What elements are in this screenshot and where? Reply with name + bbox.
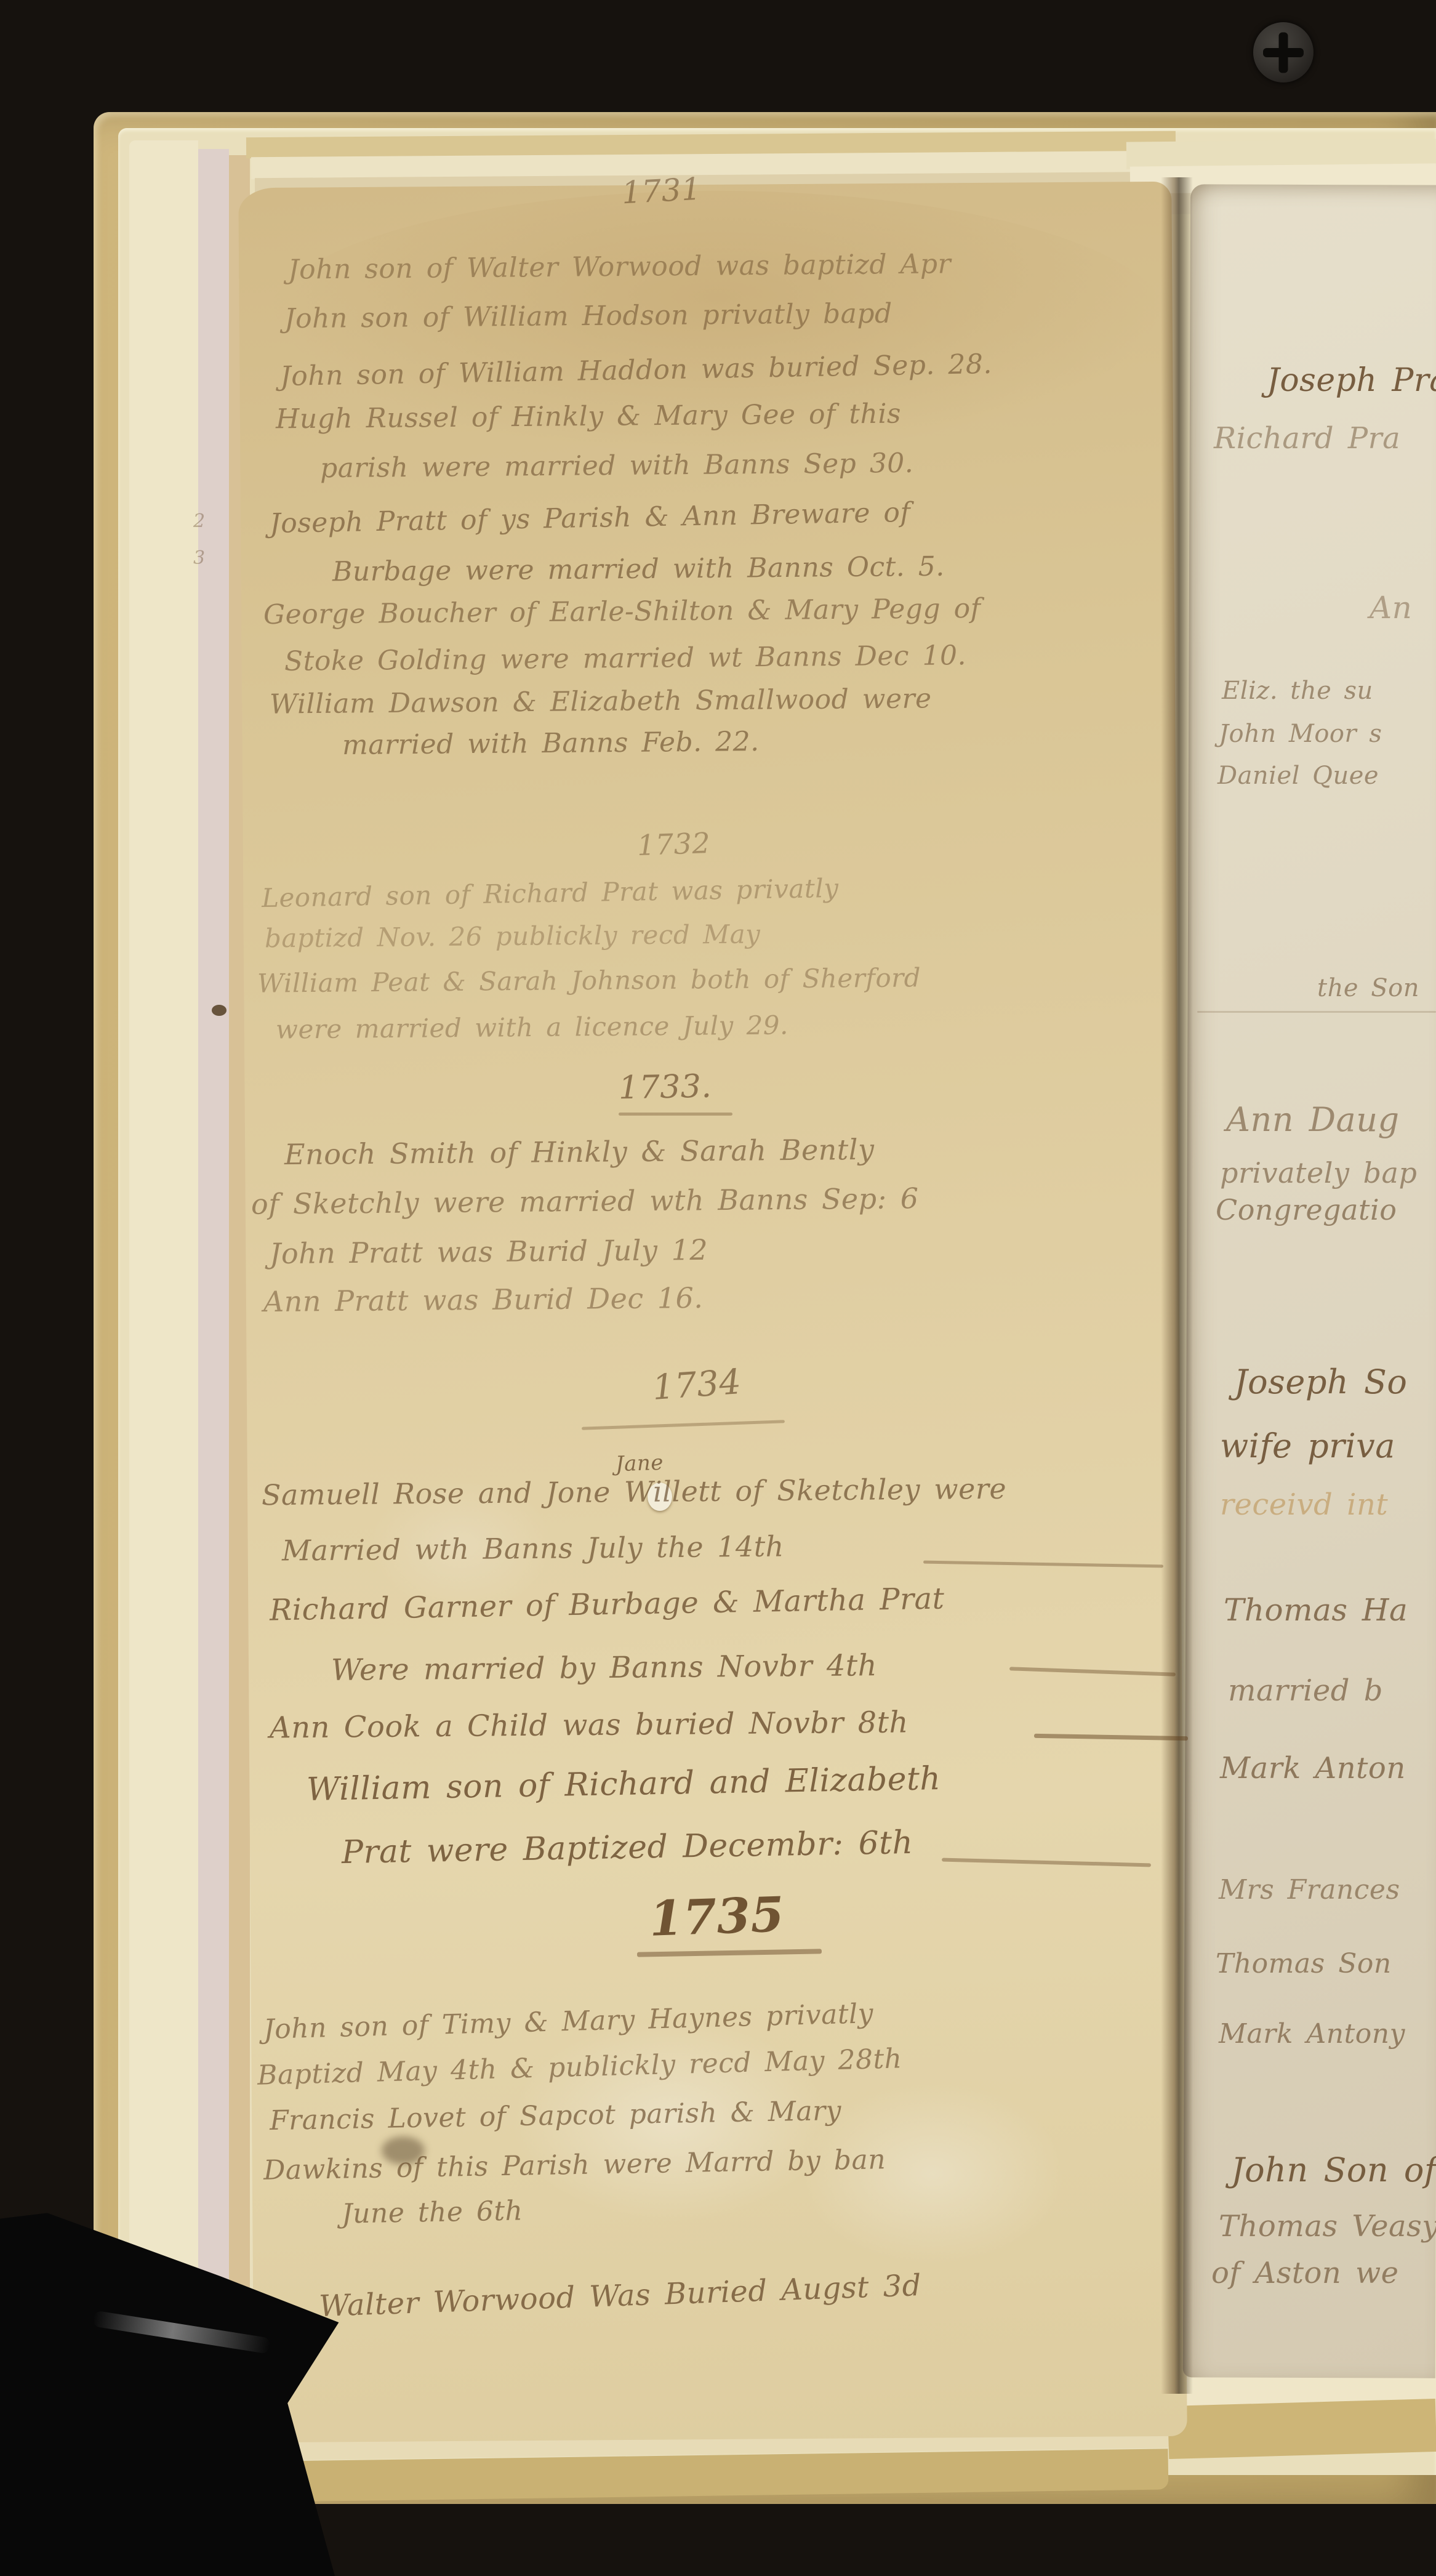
right-page-line: John Moor s bbox=[1219, 722, 1382, 746]
right-page-line: Ann Daug bbox=[1226, 1103, 1400, 1137]
register-entry: baptizd Nov. 26 publickly recd May bbox=[265, 921, 761, 951]
year-heading: 1733. bbox=[619, 1071, 712, 1105]
book-gutter bbox=[1161, 177, 1193, 2394]
register-entry: Enoch Smith of Hinkly & Sarah Bently bbox=[284, 1135, 875, 1169]
right-page-line: Daniel Quee bbox=[1217, 763, 1379, 788]
register-entry: George Boucher of Earle-Shilton & Mary P… bbox=[263, 595, 981, 629]
register-entry: Samuell Rose and Jone Willett of Sketchl… bbox=[262, 1475, 1006, 1510]
photograph-of-parish-register: 1731 John son of Walter Worwood was bapt… bbox=[0, 0, 1436, 2576]
register-entry: parish were married with Banns Sep 30. bbox=[320, 450, 914, 482]
register-entry: were married with a licence July 29. bbox=[276, 1012, 788, 1042]
right-page-line: Richard Pra bbox=[1214, 424, 1400, 453]
clamp-gleam bbox=[92, 2310, 271, 2354]
inserted-word: Jane bbox=[615, 1452, 664, 1475]
register-entry: Ann Pratt was Burid Dec 16. bbox=[263, 1284, 704, 1316]
right-page-line: Joseph Pra bbox=[1267, 364, 1436, 396]
screw-head-icon bbox=[1253, 22, 1314, 83]
right-page-line: Mark Antony bbox=[1219, 2021, 1405, 2048]
year-heading: 1732 bbox=[636, 829, 711, 859]
right-page-line: Thomas Ha bbox=[1224, 1595, 1408, 1625]
margin-mark: 3 bbox=[193, 549, 206, 568]
page-edge-strip bbox=[198, 149, 229, 2431]
screw-slot-icon bbox=[1279, 33, 1288, 73]
register-entry: William Peat & Sarah Johnson both of She… bbox=[257, 965, 921, 996]
right-page-line: of Aston we bbox=[1211, 2258, 1399, 2288]
register-entry: Hugh Russel of Hinkly & Mary Gee of this bbox=[276, 401, 901, 433]
right-page-line: Mrs Frances bbox=[1219, 1877, 1400, 1904]
right-page-line: Thomas Veasy bbox=[1219, 2212, 1436, 2241]
register-entry: June the 6th bbox=[342, 2197, 523, 2228]
register-entry: Married wth Banns July the 14th bbox=[282, 1532, 784, 1564]
right-page-line: Mark Anton bbox=[1220, 1753, 1406, 1783]
right-page-line: Congregatio bbox=[1216, 1196, 1397, 1224]
right-page-line: Eliz. the su bbox=[1222, 678, 1373, 703]
right-page-line: receivd int bbox=[1220, 1490, 1388, 1519]
register-entry: John Pratt was Burid July 12 bbox=[270, 1236, 708, 1268]
right-page-line: John Son of bbox=[1231, 2154, 1436, 2187]
register-entry: Prat were Baptized Decembr: 6th bbox=[342, 1827, 913, 1869]
scored-line bbox=[1197, 1011, 1436, 1013]
register-entry: Were married by Banns Novbr 4th bbox=[331, 1651, 877, 1685]
year-heading: 1735 bbox=[649, 1891, 785, 1944]
margin-mark: 2 bbox=[193, 512, 206, 531]
year-heading: 1731 bbox=[621, 174, 702, 209]
page-edge-strip bbox=[129, 140, 198, 2444]
register-entry: Ann Cook a Child was buried Novbr 8th bbox=[270, 1707, 909, 1742]
right-page-line: An bbox=[1370, 592, 1412, 623]
ink-spot bbox=[212, 1005, 227, 1016]
right-page-line: the Son bbox=[1317, 976, 1419, 1000]
heading-underline bbox=[619, 1113, 732, 1116]
register-entry: Burbage were married with Banns Oct. 5. bbox=[332, 553, 945, 586]
register-entry: of Sketchly were married wth Banns Sep: … bbox=[251, 1184, 919, 1218]
right-page-line: Thomas Son bbox=[1216, 1950, 1392, 1978]
right-page-line: Joseph So bbox=[1234, 1366, 1407, 1399]
register-entry: married with Banns Feb. 22. bbox=[342, 728, 760, 759]
register-entry: John son of William Hodson privatly bapd bbox=[284, 300, 892, 333]
right-page-line: privately bap bbox=[1220, 1159, 1417, 1187]
year-heading: 1734 bbox=[651, 1365, 742, 1406]
page-edge-strip bbox=[1168, 2399, 1436, 2459]
register-entry: Stoke Golding were married wt Banns Dec … bbox=[284, 642, 966, 675]
right-page-line: married b bbox=[1228, 1676, 1383, 1705]
register-entry: John son of Walter Worwood was baptizd A… bbox=[288, 251, 951, 283]
right-page-line: wife priva bbox=[1220, 1430, 1395, 1463]
register-entry: William Dawson & Elizabeth Smallwood wer… bbox=[270, 685, 932, 718]
